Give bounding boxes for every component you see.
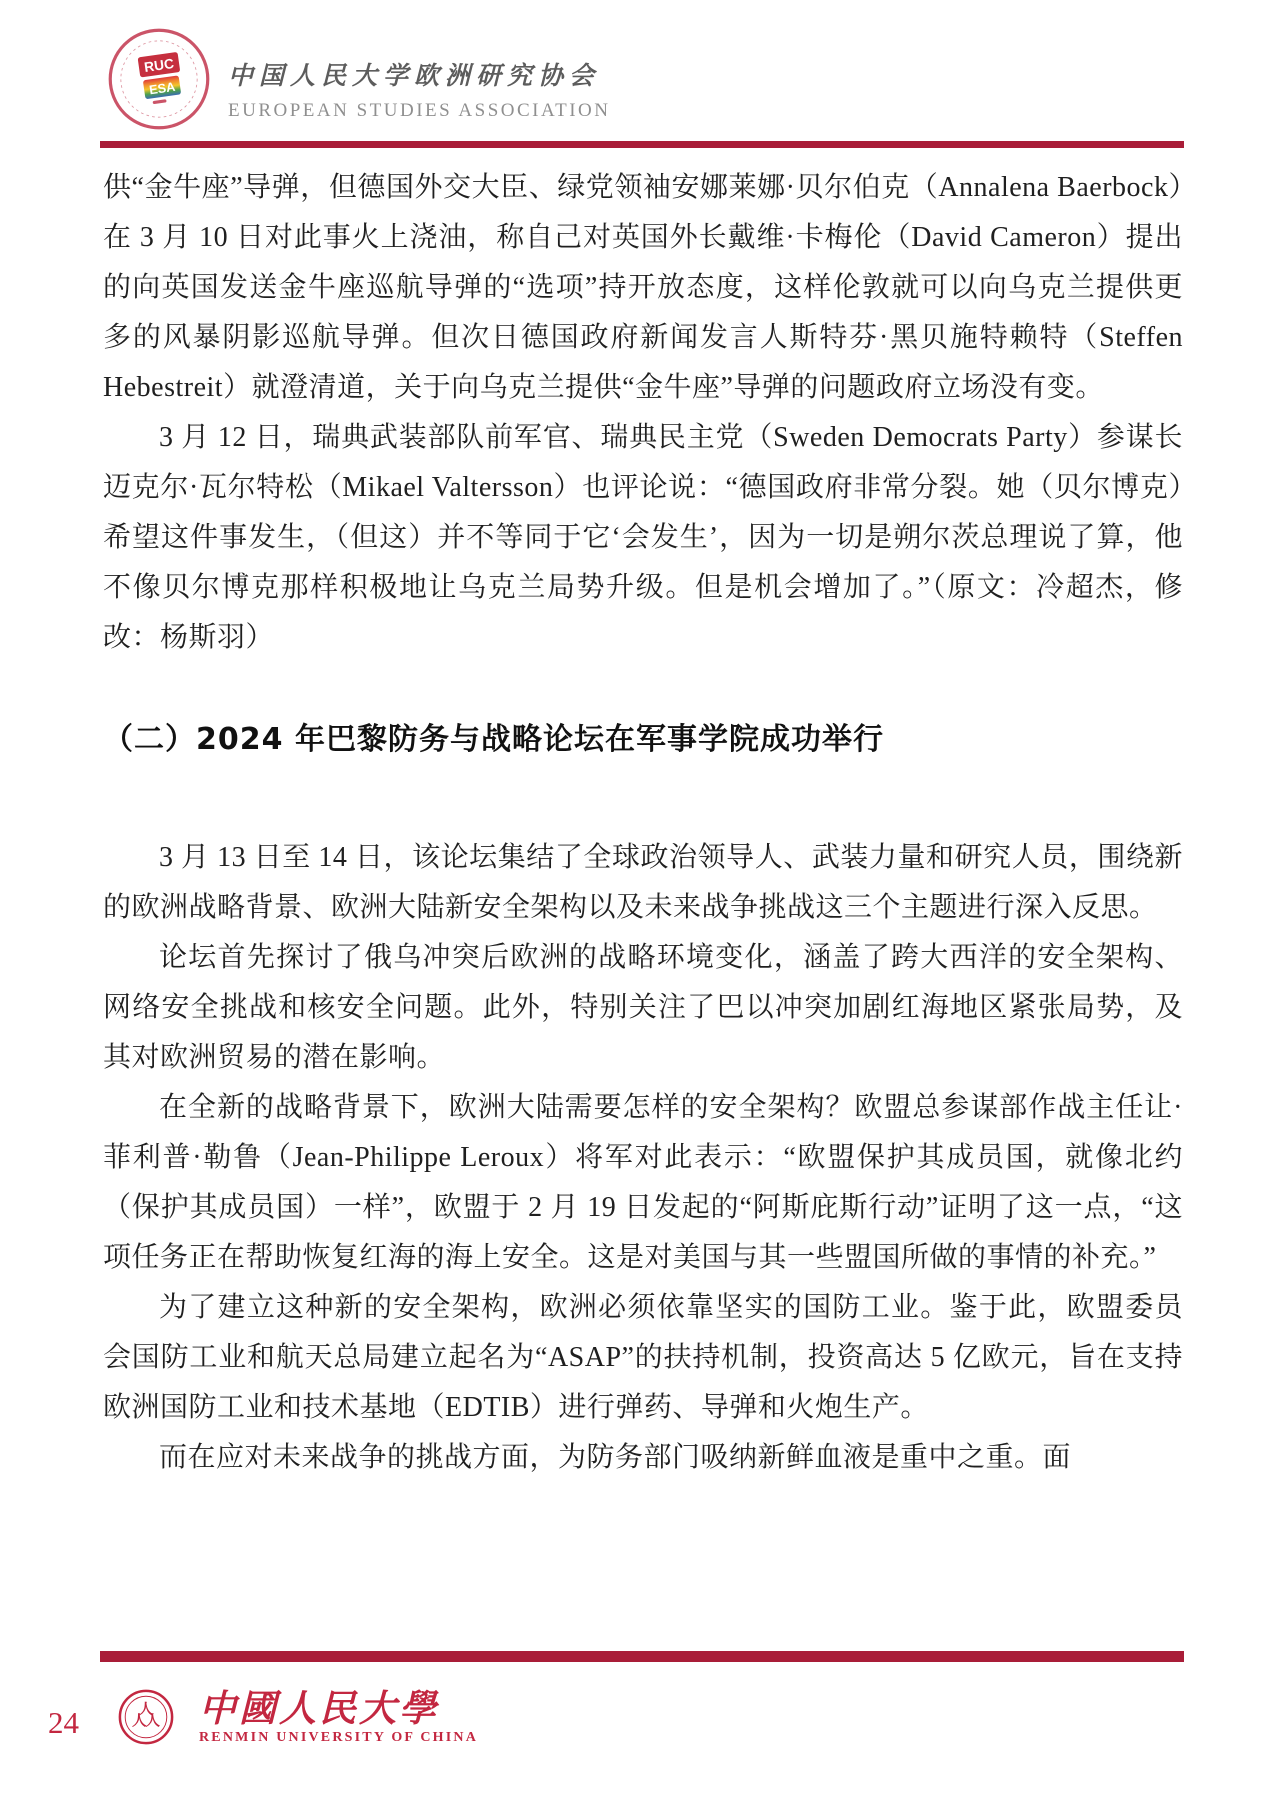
- org-name-chinese: 中国人民大学欧洲研究协会: [228, 56, 610, 92]
- top-divider-rule: [100, 141, 1184, 148]
- page-header: RUC ESA 中国人民大学欧洲研究协会 EUROPEAN STUDIES AS…: [106, 26, 610, 132]
- body-paragraph: 3 月 12 日，瑞典武装部队前军官、瑞典民主党（Sweden Democrat…: [103, 413, 1183, 663]
- org-name-english: EUROPEAN STUDIES ASSOCIATION: [228, 100, 610, 122]
- body-paragraph: 3 月 13 日至 14 日，该论坛集结了全球政治领导人、武装力量和研究人员，围…: [103, 833, 1183, 933]
- body-paragraph: 供“金牛座”导弹，但德国外交大臣、绿党领袖安娜莱娜·贝尔伯克（Annalena …: [103, 163, 1183, 413]
- university-name-chinese: 中國人民大學: [199, 1688, 478, 1728]
- university-name-english: RENMIN UNIVERSITY OF CHINA: [199, 1730, 478, 1746]
- section-heading: （二）2024 年巴黎防务与战略论坛在军事学院成功举行: [103, 715, 1183, 765]
- body-paragraph: 在全新的战略背景下，欧洲大陆需要怎样的安全架构？欧盟总参谋部作战主任让·菲利普·…: [103, 1083, 1183, 1283]
- document-body: 供“金牛座”导弹，但德国外交大臣、绿党领袖安娜莱娜·贝尔伯克（Annalena …: [103, 163, 1183, 1483]
- bottom-divider-rule: [100, 1651, 1184, 1662]
- body-paragraph: 而在应对未来战争的挑战方面，为防务部门吸纳新鲜血液是重中之重。面: [103, 1433, 1183, 1483]
- page-number: 24: [48, 1693, 79, 1741]
- page-footer: 24 人 人 人 中國人民大學 RENMIN UNIVERSITY OF CHI…: [48, 1688, 478, 1746]
- esa-seal-icon: RUC ESA: [106, 26, 212, 132]
- esa-association-logo: RUC ESA: [106, 26, 212, 132]
- body-paragraph: 论坛首先探讨了俄乌冲突后欧洲的战略环境变化，涵盖了跨大西洋的安全架构、网络安全挑…: [103, 933, 1183, 1083]
- ruc-university-seal: 人 人 人: [117, 1688, 175, 1746]
- body-paragraph: 为了建立这种新的安全架构，欧洲必须依靠坚实的国防工业。鉴于此，欧盟委员会国防工业…: [103, 1283, 1183, 1433]
- ruc-seal-icon: 人 人 人: [117, 1688, 175, 1746]
- svg-text:人: 人: [146, 1713, 161, 1730]
